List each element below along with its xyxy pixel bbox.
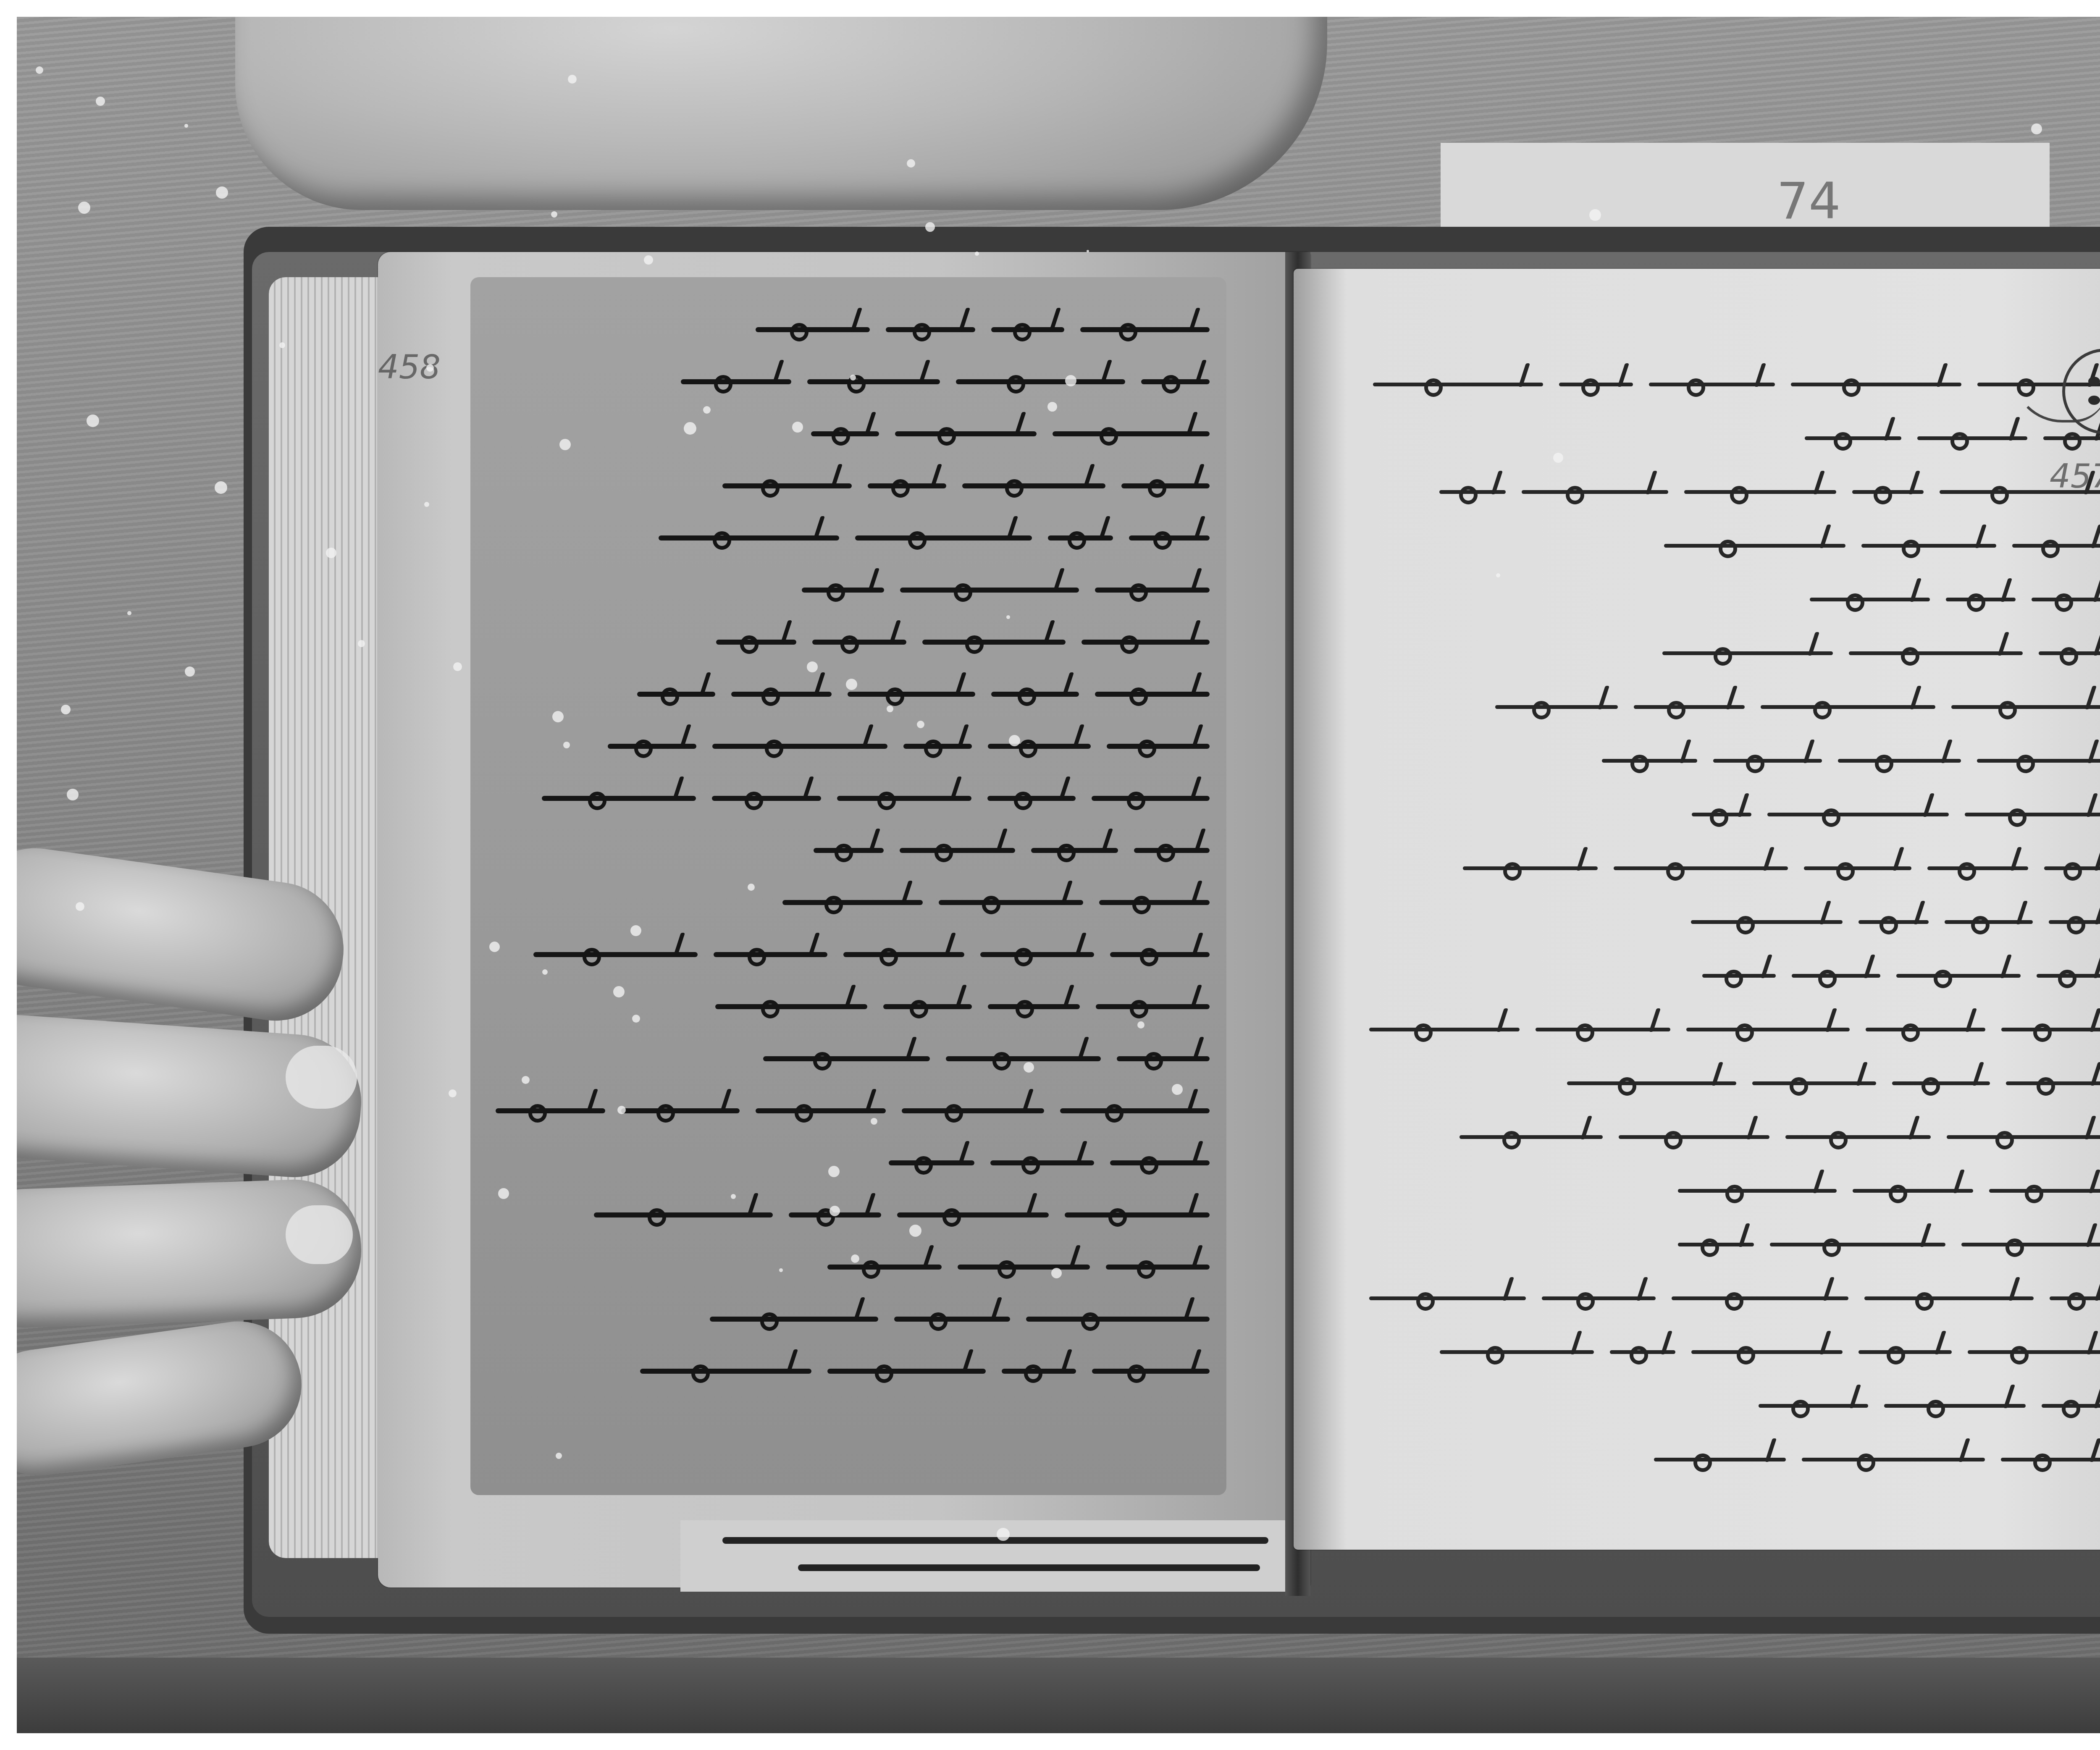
dust-speck	[127, 611, 131, 615]
dust-speck	[917, 721, 924, 728]
script-word	[1614, 866, 1788, 870]
script-word	[1106, 1265, 1210, 1270]
script-word	[1664, 544, 1845, 548]
script-word	[1129, 535, 1210, 540]
script-word	[894, 1317, 1010, 1322]
script-word	[855, 535, 1032, 540]
script-word	[1092, 1369, 1210, 1374]
dust-speck	[1172, 1084, 1183, 1095]
script-word	[1440, 1350, 1594, 1354]
script-word	[1866, 1028, 1985, 1031]
dust-speck	[997, 1528, 1010, 1541]
dust-speck	[644, 255, 653, 265]
dust-speck	[215, 481, 227, 494]
script-word	[1864, 1296, 2033, 1300]
dust-speck	[850, 375, 856, 380]
script-word	[594, 1212, 773, 1217]
script-word	[1946, 598, 2016, 601]
script-line	[496, 1105, 1210, 1117]
script-word	[889, 1160, 974, 1165]
dust-speck	[1024, 1062, 1034, 1073]
dust-speck	[748, 884, 755, 891]
dust-speck	[909, 1225, 921, 1237]
dust-speck	[185, 666, 195, 677]
script-word	[1096, 1004, 1210, 1009]
script-line	[1369, 1184, 2100, 1197]
script-line	[496, 1365, 1210, 1377]
script-word	[895, 431, 1037, 436]
right-text-lines	[1369, 378, 2100, 1466]
dust-speck	[87, 415, 99, 427]
script-word	[1684, 490, 1836, 494]
script-word	[1761, 705, 1935, 709]
script-word	[496, 1108, 605, 1113]
script-word	[1542, 1296, 1656, 1300]
script-line	[496, 792, 1210, 805]
script-word	[712, 796, 821, 801]
script-line	[496, 844, 1210, 857]
left-page	[378, 252, 1310, 1587]
dust-speck	[568, 75, 577, 84]
script-line	[496, 740, 1210, 753]
script-word	[681, 379, 791, 384]
script-word	[1117, 1056, 1210, 1061]
script-word	[731, 692, 832, 697]
script-word	[1838, 759, 1961, 763]
dust-speck	[279, 342, 285, 348]
script-line	[496, 532, 1210, 544]
script-word	[987, 796, 1076, 801]
script-word	[1439, 490, 1506, 494]
dust-speck	[358, 640, 365, 647]
script-word	[2050, 1296, 2100, 1300]
script-word	[1559, 383, 1633, 386]
script-word	[811, 431, 879, 436]
script-word	[1602, 759, 1697, 763]
dust-speck	[846, 679, 857, 690]
script-word	[1802, 1458, 1985, 1461]
script-word	[1081, 640, 1210, 645]
script-word	[1099, 900, 1210, 905]
script-word	[782, 900, 923, 905]
script-word	[1672, 1296, 1848, 1300]
script-word	[659, 535, 839, 540]
script-word	[637, 692, 715, 697]
script-line	[1369, 916, 2100, 928]
script-word	[1610, 1350, 1675, 1354]
script-word	[1141, 379, 1210, 384]
script-word	[533, 952, 698, 957]
dust-speck	[630, 925, 641, 936]
script-word	[1792, 974, 1880, 978]
script-line	[1369, 432, 2100, 444]
script-word	[712, 744, 887, 749]
script-word	[1849, 651, 2023, 655]
script-word	[1965, 813, 2100, 816]
script-word	[1369, 1296, 1526, 1300]
script-word	[1567, 1081, 1736, 1085]
script-word	[991, 327, 1064, 332]
script-word	[807, 379, 940, 384]
script-word	[848, 692, 975, 697]
script-word	[946, 1056, 1101, 1061]
bottom-margin-note	[680, 1520, 1285, 1592]
script-line	[496, 428, 1210, 440]
script-word	[900, 848, 1015, 853]
label-number: 74	[1777, 172, 1841, 231]
script-word	[2001, 1028, 2100, 1031]
script-word	[939, 900, 1083, 905]
script-word	[1917, 436, 2027, 440]
script-word	[1095, 588, 1210, 593]
script-line	[496, 1261, 1210, 1273]
hand-top	[235, 17, 1327, 210]
script-line	[1369, 1238, 2100, 1251]
script-word	[1060, 1108, 1210, 1113]
script-line	[1369, 539, 2100, 552]
script-word	[716, 640, 796, 645]
script-word	[1884, 1404, 2026, 1408]
dust-speck	[67, 789, 79, 800]
script-word	[1785, 1135, 1931, 1139]
dust-speck	[1087, 250, 1089, 252]
script-word	[1678, 1243, 1754, 1246]
script-line	[1369, 378, 2100, 391]
dust-speck	[684, 422, 696, 435]
script-word	[1853, 1189, 1973, 1193]
script-word	[1654, 1458, 1786, 1461]
script-word	[1713, 759, 1822, 763]
script-word	[1852, 490, 1924, 494]
script-word	[1522, 490, 1668, 494]
dust-speck	[1051, 1268, 1062, 1278]
script-word	[903, 744, 972, 749]
script-word	[1678, 1189, 1837, 1193]
script-word	[1002, 1369, 1076, 1374]
script-word	[1961, 1243, 2100, 1246]
dust-speck	[871, 1118, 877, 1125]
script-word	[715, 1004, 867, 1009]
script-word	[1858, 920, 1929, 924]
script-word	[1692, 813, 1751, 816]
script-line	[1369, 1131, 2100, 1143]
script-word	[1048, 535, 1113, 540]
dust-speck	[498, 1188, 509, 1199]
script-word	[900, 588, 1079, 593]
script-word	[988, 1004, 1080, 1009]
script-word	[1373, 383, 1543, 386]
folio-number-right: 457	[2050, 458, 2100, 496]
dust-speck	[1137, 1021, 1144, 1028]
dust-speck	[184, 124, 188, 128]
script-word	[1858, 1350, 1952, 1354]
dust-speck	[551, 211, 557, 218]
script-line	[1369, 1453, 2100, 1466]
dust-speck	[925, 222, 935, 232]
script-word	[1686, 1028, 1850, 1031]
script-word	[1805, 436, 1901, 440]
script-word	[802, 588, 884, 593]
dust-speck	[632, 1015, 640, 1023]
script-word	[886, 327, 975, 332]
dust-speck	[522, 1076, 530, 1084]
script-line	[496, 1209, 1210, 1221]
script-word	[827, 1265, 942, 1270]
script-word	[1892, 1081, 1990, 1085]
script-word	[640, 1369, 811, 1374]
fingernail	[286, 1046, 357, 1109]
script-word	[1536, 1028, 1670, 1031]
dust-speck	[96, 97, 105, 106]
script-word	[1110, 952, 1210, 957]
script-line	[496, 1052, 1210, 1065]
script-word	[1977, 759, 2100, 763]
right-page	[1294, 269, 2100, 1550]
script-word	[1110, 1160, 1210, 1165]
script-line	[496, 896, 1210, 909]
script-line	[1369, 808, 2100, 821]
script-word	[2037, 974, 2100, 978]
script-word	[2012, 544, 2100, 548]
script-word	[1968, 1350, 2100, 1354]
script-word	[1107, 744, 1210, 749]
script-word	[1092, 796, 1210, 801]
dust-speck	[887, 706, 893, 712]
script-line	[496, 1000, 1210, 1013]
dust-speck	[1009, 735, 1020, 746]
script-word	[1804, 866, 1911, 870]
script-word	[2042, 1404, 2100, 1408]
script-word	[1791, 383, 1961, 386]
script-word	[956, 379, 1125, 384]
script-word	[1951, 705, 2100, 709]
script-word	[1945, 920, 2033, 924]
script-word	[756, 1108, 886, 1113]
dust-speck	[828, 1166, 840, 1177]
script-word	[542, 796, 696, 801]
dust-speck	[61, 705, 71, 714]
script-word	[958, 1265, 1090, 1270]
dust-speck	[559, 439, 571, 450]
script-word	[1947, 1135, 2100, 1139]
manuscript-photo: ​ 74 458 457	[17, 17, 2100, 1733]
script-word	[1463, 866, 1598, 870]
script-line	[1369, 969, 2100, 982]
script-line	[1369, 754, 2100, 767]
dust-speck	[36, 66, 43, 74]
dust-speck	[542, 969, 548, 975]
script-line	[1369, 862, 2100, 874]
script-word	[991, 692, 1079, 697]
script-word	[897, 1212, 1049, 1217]
script-word	[902, 1108, 1044, 1113]
dust-speck	[907, 159, 915, 168]
dust-speck	[779, 1268, 783, 1272]
script-word	[1861, 544, 1996, 548]
script-word	[2039, 651, 2100, 655]
script-word	[1896, 974, 2021, 978]
dust-speck	[703, 406, 711, 414]
dust-speck	[975, 252, 979, 256]
script-line	[1369, 485, 2100, 498]
script-word	[714, 952, 827, 957]
script-word	[827, 1369, 986, 1374]
script-line	[1369, 1023, 2100, 1036]
script-word	[988, 744, 1091, 749]
script-line	[496, 323, 1210, 336]
dust-speck	[489, 942, 500, 952]
script-line	[1369, 1346, 2100, 1358]
fingernail	[286, 1205, 353, 1264]
left-text-lines	[496, 323, 1210, 1377]
script-word	[710, 1317, 878, 1322]
dust-speck	[1065, 375, 1076, 386]
dust-speck	[829, 1206, 840, 1216]
script-word	[763, 1056, 930, 1061]
script-line	[1369, 1399, 2100, 1412]
dust-speck	[326, 548, 336, 558]
script-word	[1495, 705, 1618, 709]
script-word	[608, 744, 696, 749]
script-word	[621, 1108, 740, 1113]
script-word	[980, 952, 1094, 957]
script-word	[962, 483, 1105, 488]
script-word	[1770, 1243, 1945, 1246]
script-line	[496, 1157, 1210, 1169]
script-line	[1369, 647, 2100, 659]
script-line	[1369, 1292, 2100, 1304]
script-line	[1369, 593, 2100, 606]
script-word	[1619, 1135, 1769, 1139]
script-line	[496, 1313, 1210, 1325]
dust-speck	[453, 662, 462, 671]
script-word	[1053, 431, 1210, 436]
dust-speck	[78, 202, 90, 214]
script-word	[1927, 866, 2028, 870]
script-word	[1095, 692, 1210, 697]
script-word	[1662, 651, 1833, 655]
dust-speck	[563, 742, 570, 748]
script-word	[2006, 1081, 2100, 1085]
script-word	[922, 640, 1066, 645]
dust-speck	[426, 364, 434, 372]
dust-speck	[76, 902, 84, 911]
script-word	[1121, 483, 1210, 488]
dust-speck	[424, 502, 429, 507]
script-word	[1031, 848, 1118, 853]
script-line	[496, 584, 1210, 596]
dust-speck	[807, 661, 818, 672]
dust-speck	[1006, 615, 1010, 619]
script-word	[1080, 327, 1210, 332]
script-word	[812, 640, 906, 645]
script-line	[496, 636, 1210, 648]
script-word	[1752, 1081, 1876, 1085]
script-word	[1459, 1135, 1603, 1139]
script-word	[1369, 1028, 1520, 1031]
script-line	[496, 948, 1210, 961]
script-word	[990, 1160, 1094, 1165]
dust-speck	[1496, 573, 1500, 577]
dust-speck	[851, 1254, 859, 1263]
dust-speck	[613, 986, 625, 997]
table-edge	[17, 1658, 2100, 1733]
dust-speck	[1047, 402, 1057, 412]
script-word	[1134, 848, 1210, 853]
script-line	[1369, 701, 2100, 713]
script-word	[756, 327, 870, 332]
dust-speck	[556, 1453, 562, 1459]
script-word	[1691, 1350, 1843, 1354]
dust-speck	[2031, 123, 2042, 134]
script-word	[1649, 383, 1775, 386]
script-word	[1759, 1404, 1868, 1408]
script-word	[1065, 1212, 1210, 1217]
script-word	[883, 1004, 972, 1009]
script-word	[2049, 920, 2100, 924]
script-word	[814, 848, 884, 853]
dust-speck	[216, 186, 228, 199]
script-word	[1026, 1317, 1210, 1322]
script-word	[2043, 436, 2100, 440]
script-word	[1634, 705, 1745, 709]
dust-speck	[1553, 453, 1563, 463]
dust-speck	[1589, 209, 1601, 221]
dust-speck	[731, 1194, 736, 1199]
script-word	[2044, 866, 2100, 870]
script-word	[1702, 974, 1776, 978]
script-word	[1691, 920, 1843, 924]
script-word	[1767, 813, 1949, 816]
script-word	[2032, 598, 2100, 601]
script-word	[722, 483, 852, 488]
script-word	[2001, 1458, 2100, 1461]
dust-speck	[552, 711, 564, 722]
script-line	[1369, 1077, 2100, 1089]
script-word	[1810, 598, 1930, 601]
script-word	[1989, 1189, 2100, 1193]
script-word	[843, 952, 964, 957]
script-line	[496, 480, 1210, 492]
left-text-block	[470, 277, 1226, 1495]
dust-speck	[449, 1089, 457, 1097]
dust-speck	[617, 1106, 626, 1114]
script-word	[868, 483, 946, 488]
script-word	[837, 796, 971, 801]
dust-speck	[792, 422, 803, 433]
